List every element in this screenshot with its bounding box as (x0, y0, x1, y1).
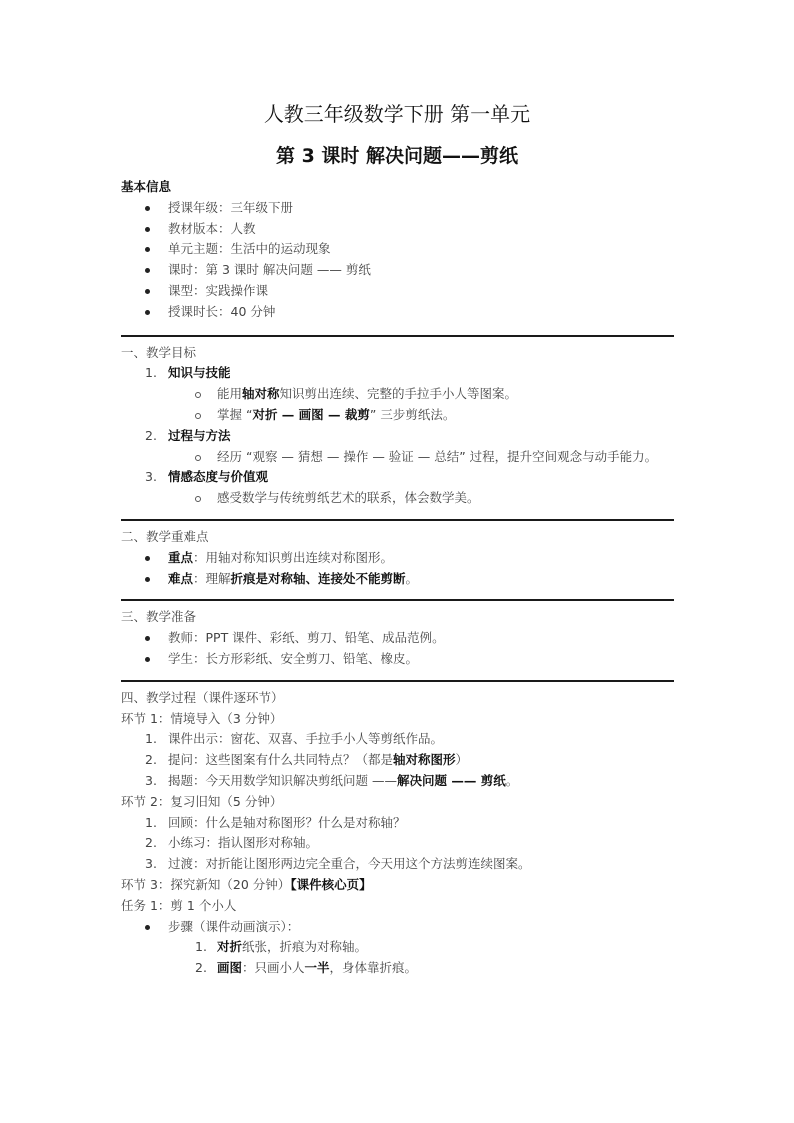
key-points-heading: 二、教学重难点 (121, 527, 674, 548)
bullet-icon (145, 577, 150, 582)
list-item: 1.回顾：什么是轴对称图形？什么是对称轴？ (121, 813, 674, 834)
bullet-icon (145, 556, 150, 561)
bullet-icon (145, 227, 150, 232)
circle-bullet-icon (195, 455, 201, 461)
list-item: 2.提问：这些图案有什么共同特点？（都是轴对称图形） (121, 750, 674, 771)
list-item: 感受数学与传统剪纸艺术的联系，体会数学美。 (121, 488, 674, 509)
objective-group: 3.情感态度与价值观 (121, 467, 674, 488)
bullet-icon (145, 925, 150, 930)
process-heading: 四、教学过程（课件逐环节） (121, 688, 674, 709)
document-body: 基本信息 授课年级：三年级下册 教材版本：人教 单元主题：生活中的运动现象 课时… (121, 177, 674, 979)
section-divider (121, 335, 674, 337)
document-title: 人教三年级数学下册 第一单元 (0, 101, 794, 127)
section-divider (121, 599, 674, 601)
list-item: 能用轴对称知识剪出连续、完整的手拉手小人等图案。 (121, 384, 674, 405)
circle-bullet-icon (195, 496, 201, 502)
list-item: 经历 “观察 — 猜想 — 操作 — 验证 — 总结” 过程，提升空间观念与动手… (121, 447, 674, 468)
list-item: 授课年级：三年级下册 (121, 198, 674, 219)
document-page: 人教三年级数学下册 第一单元 第 3 课时 解决问题——剪纸 基本信息 授课年级… (0, 0, 794, 1123)
list-item: 难点：理解折痕是对称轴、连接处不能剪断。 (121, 569, 674, 590)
list-item: 重点：用轴对称知识剪出连续对称图形。 (121, 548, 674, 569)
document-subtitle: 第 3 课时 解决问题——剪纸 (0, 143, 794, 169)
preparation-heading: 三、教学准备 (121, 607, 674, 628)
step-item: 2.画图：只画小人一半，身体靠折痕。 (121, 958, 674, 979)
list-item: 授课时长：40 分钟 (121, 302, 674, 323)
basic-info-heading: 基本信息 (121, 177, 674, 198)
list-item: 教师：PPT 课件、彩纸、剪刀、铅笔、成品范例。 (121, 628, 674, 649)
objective-group: 1.知识与技能 (121, 363, 674, 384)
step-item: 1.对折纸张，折痕为对称轴。 (121, 937, 674, 958)
bullet-icon (145, 310, 150, 315)
list-item: 2.小练习：指认图形对称轴。 (121, 833, 674, 854)
section-divider (121, 680, 674, 682)
list-item: 课型：实践操作课 (121, 281, 674, 302)
list-item: 3.过渡：对折能让图形两边完全重合，今天用这个方法剪连续图案。 (121, 854, 674, 875)
stage-1-title: 环节 1：情境导入（3 分钟） (121, 709, 674, 730)
list-item: 3.揭题：今天用数学知识解决剪纸问题 ——解决问题 —— 剪纸。 (121, 771, 674, 792)
list-item: 课时：第 3 课时 解决问题 —— 剪纸 (121, 260, 674, 281)
task-1-title: 任务 1：剪 1 个小人 (121, 896, 674, 917)
stage-3-title: 环节 3：探究新知（20 分钟）【课件核心页】 (121, 875, 674, 896)
list-item: 单元主题：生活中的运动现象 (121, 239, 674, 260)
circle-bullet-icon (195, 413, 201, 419)
bullet-icon (145, 636, 150, 641)
bullet-icon (145, 247, 150, 252)
bullet-icon (145, 289, 150, 294)
list-item: 教材版本：人教 (121, 219, 674, 240)
section-divider (121, 519, 674, 521)
list-item: 步骤（课件动画演示）： (121, 917, 674, 938)
bullet-icon (145, 268, 150, 273)
objectives-heading: 一、教学目标 (121, 343, 674, 364)
bullet-icon (145, 657, 150, 662)
bullet-icon (145, 206, 150, 211)
list-item: 学生：长方形彩纸、安全剪刀、铅笔、橡皮。 (121, 649, 674, 670)
circle-bullet-icon (195, 392, 201, 398)
objective-group: 2.过程与方法 (121, 426, 674, 447)
list-item: 掌握 “对折 — 画图 — 裁剪” 三步剪纸法。 (121, 405, 674, 426)
list-item: 1.课件出示：窗花、双喜、手拉手小人等剪纸作品。 (121, 729, 674, 750)
stage-2-title: 环节 2：复习旧知（5 分钟） (121, 792, 674, 813)
